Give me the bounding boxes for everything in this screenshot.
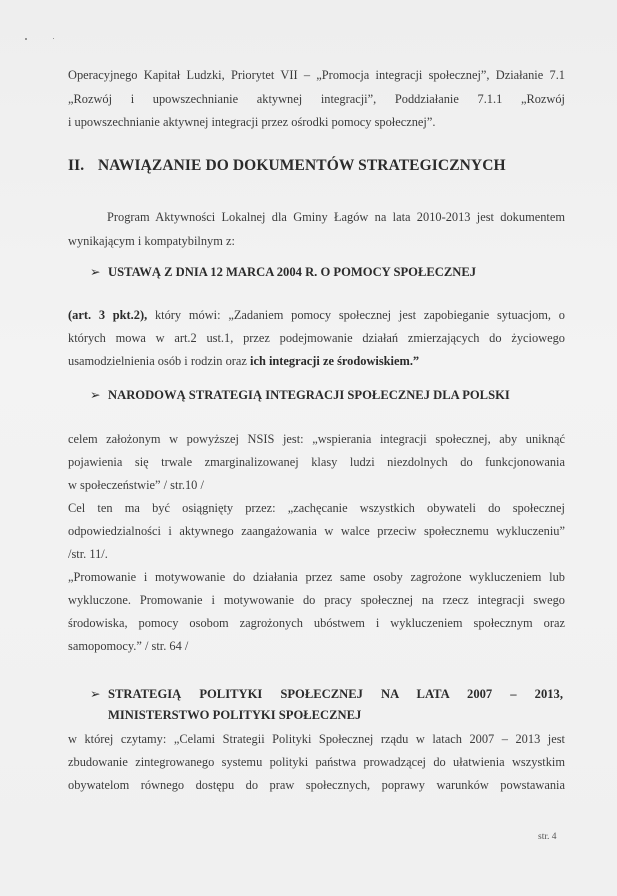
nsis-line: /str. 11/. <box>68 546 565 562</box>
program-line: Program Aktywności Lokalnej dla Gminy Ła… <box>107 209 565 225</box>
article-ref: (art. 3 pkt.2), <box>68 308 147 322</box>
section-title: NAWIĄZANIE DO DOKUMENTÓW STRATEGICZNYCH <box>98 157 506 174</box>
quote-line: usamodzielnienia osób i rodzin oraz ich … <box>68 353 565 369</box>
strategy-line: obywatelom równego dostępu do praw społe… <box>68 777 565 793</box>
bullet-title: STRATEGIĄ POLITYKI SPOŁECZNEJ NA LATA 20… <box>108 687 563 702</box>
nsis-line: w społeczeństwie” / str.10 / <box>68 477 565 493</box>
bullet-subtitle: MINISTERSTWO POLITYKI SPOŁECZNEJ <box>108 708 361 723</box>
bullet-title: USTAWĄ Z DNIA 12 MARCA 2004 R. O POMOCY … <box>108 265 476 279</box>
nsis-line: środowiska, pomocy osobom zagrożonych ub… <box>68 615 565 631</box>
quote-text: który mówi: „Zadaniem pomocy społecznej … <box>147 308 565 322</box>
strategy-line: zbudowanie zintegrowanego systemu polity… <box>68 754 565 770</box>
nsis-line: „Promowanie i motywowanie do działania p… <box>68 569 565 585</box>
nsis-line: celem założonym w powyższej NSIS jest: „… <box>68 431 565 447</box>
nsis-line: Cel ten ma być osiągnięty przez: „zachęc… <box>68 500 565 516</box>
nsis-line: pojawienia się trwale zmarginalizowanej … <box>68 454 565 470</box>
arrow-bullet-icon: ➢ <box>90 264 108 280</box>
bullet-heading-nsis: ➢NARODOWĄ STRATEGIĄ INTEGRACJI SPOŁECZNE… <box>90 387 510 403</box>
nsis-line: odpowiedzialności i aktywnego zaangażowa… <box>68 523 565 539</box>
nsis-line: wykluczone. Promowanie i motywowanie do … <box>68 592 565 608</box>
document-page: Operacyjnego Kapitał Ludzki, Priorytet V… <box>0 0 617 896</box>
arrow-bullet-icon: ➢ <box>90 686 108 702</box>
scan-speck <box>25 38 27 40</box>
page-number: str. 4 <box>538 832 556 842</box>
program-line: wynikającym i kompatybilnym z: <box>68 233 565 249</box>
intro-line: „Rozwój i upowszechnianie aktywnej integ… <box>68 91 565 107</box>
quote-text: usamodzielnienia osób i rodzin oraz <box>68 354 250 368</box>
arrow-bullet-icon: ➢ <box>90 387 108 403</box>
quote-emphasis: ich integracji ze środowiskiem.” <box>250 354 419 368</box>
section-number: II. <box>68 157 98 175</box>
bullet-title: NARODOWĄ STRATEGIĄ INTEGRACJI SPOŁECZNEJ… <box>108 388 510 402</box>
bullet-heading-ustawa: ➢USTAWĄ Z DNIA 12 MARCA 2004 R. O POMOCY… <box>90 264 476 280</box>
intro-line: Operacyjnego Kapitał Ludzki, Priorytet V… <box>68 67 565 83</box>
strategy-line: w której czytamy: „Celami Strategii Poli… <box>68 731 565 747</box>
nsis-line: samopomocy.” / str. 64 / <box>68 638 565 654</box>
quote-line: których mowa w art.2 ust.1, przez podejm… <box>68 330 565 346</box>
section-heading: II.NAWIĄZANIE DO DOKUMENTÓW STRATEGICZNY… <box>68 157 506 175</box>
quote-line: (art. 3 pkt.2), który mówi: „Zadaniem po… <box>68 307 565 323</box>
intro-line: i upowszechnianie aktywnej integracji pr… <box>68 114 565 130</box>
scan-speck <box>53 38 54 39</box>
bullet-heading-strategia: ➢STRATEGIĄ POLITYKI SPOŁECZNEJ NA LATA 2… <box>90 686 565 702</box>
